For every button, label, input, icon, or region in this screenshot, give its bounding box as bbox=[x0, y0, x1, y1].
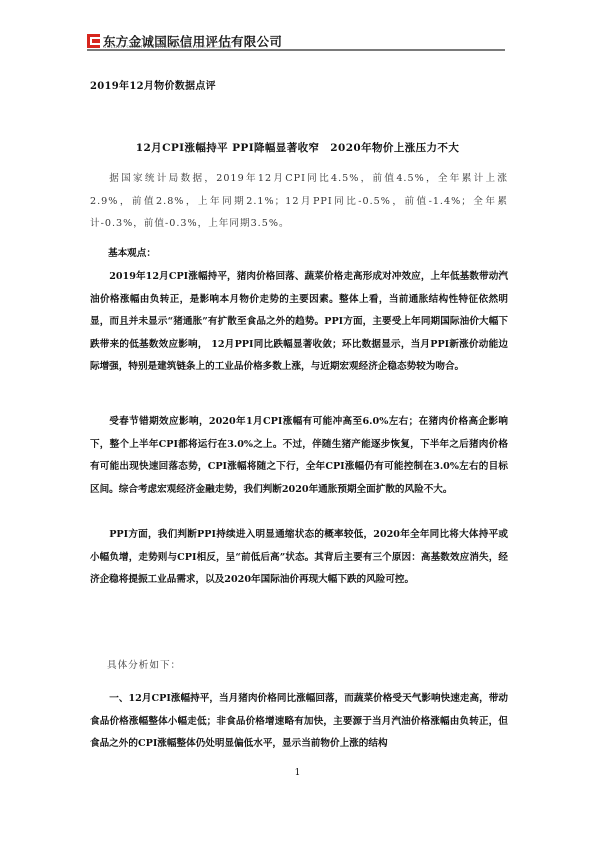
report-category: 2019年12月物价数据点评 bbox=[90, 77, 216, 92]
summary-paragraph-2: 受春节错期效应影响，2020年1月CPI涨幅有可能冲高至6.0%左右；在猪肉价格… bbox=[90, 411, 508, 501]
intro-paragraph: 据国家统计局数据，2019年12月CPI同比4.5%，前值4.5%，全年累计上涨… bbox=[90, 168, 508, 236]
basic-views-heading: 基本观点： bbox=[108, 243, 526, 266]
document-header: 东方金诚国际信用评估有限公司 GOLDEN CREDIT RATING INTE… bbox=[87, 33, 507, 53]
summary-paragraph-3: PPI方面，我们判断PPI持续进入明显通缩状态的概率较低，2020年全年同比将大… bbox=[90, 524, 508, 592]
detail-paragraph-1: 一、12月CPI涨幅持平，当月猪肉价格同比涨幅回落，而蔬菜价格受天气影响快速走高… bbox=[90, 688, 508, 756]
header-divider bbox=[87, 49, 505, 51]
summary-paragraph-1: 2019年12月CPI涨幅持平，猪肉价格回落、蔬菜价格走高形成对冲效应，上年低基… bbox=[90, 266, 508, 379]
page-number: 1 bbox=[0, 768, 595, 778]
document-title: 12月CPI涨幅持平 PPI降幅显著收窄 2020年物价上涨压力不大 bbox=[0, 140, 595, 155]
company-logo-icon bbox=[87, 34, 100, 48]
detail-heading: 具体分析如下： bbox=[107, 655, 525, 678]
